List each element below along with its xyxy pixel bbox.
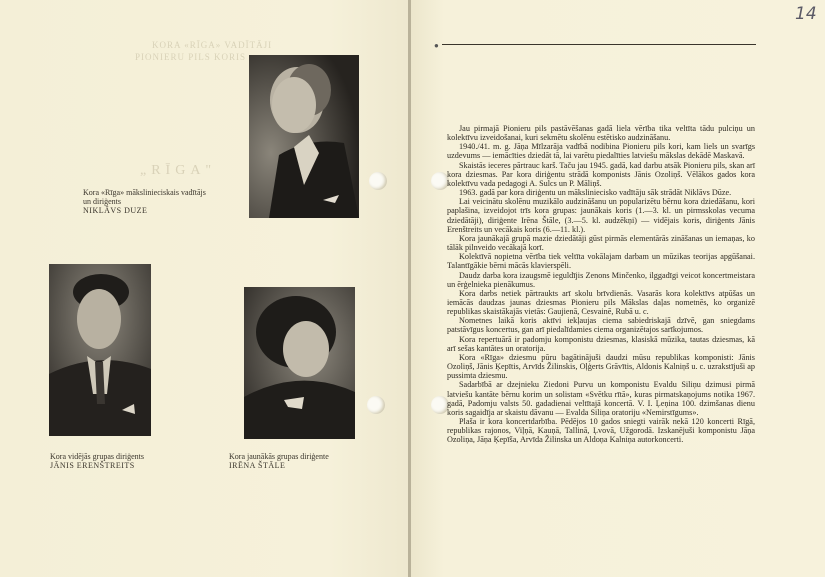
paragraph: Kora «Rīga» dziesmu pūru bagātinājuši da… xyxy=(447,353,755,380)
rule-ornament: ● xyxy=(434,41,439,50)
horizontal-rule xyxy=(442,44,756,45)
paragraph: Nometnes laikā koris aktīvi iekļaujas ci… xyxy=(447,316,755,334)
paragraph: 1940./41. m. g. Jāņa Mīlzarāja vadībā no… xyxy=(447,142,755,160)
binder-hole xyxy=(367,396,385,414)
paragraph: Lai veicinātu skolēnu muzikālo audzināša… xyxy=(447,197,755,234)
binder-hole xyxy=(369,172,387,190)
paragraph: Jau pirmajā Pionieru pils pastāvēšanas g… xyxy=(447,124,755,142)
paragraph: Kora darbs netiek pārtraukts arī skolu b… xyxy=(447,289,755,316)
caption-role: Kora «Rīga» mākslinieciskais vadītājs xyxy=(83,188,206,197)
page-number: 14 xyxy=(795,4,817,24)
portrait-image xyxy=(244,287,355,439)
paragraph: Kolektīvā nopietna vērība tiek veltīta v… xyxy=(447,252,755,270)
paragraph: Sadarbībā ar dzejnieku Ziedoni Purvu un … xyxy=(447,380,755,417)
caption-role: Kora vidējās grupas diriģents xyxy=(50,452,144,461)
bleed-through-text: PIONIERU PILS KORIS xyxy=(135,52,246,62)
left-page: KORA «RĪGA» VADĪTĀJI PIONIERU PILS KORIS… xyxy=(0,0,409,577)
portrait-caption-irena-stale: Kora jaunākās grupas diriģente IRĒNA ŠTĀ… xyxy=(229,452,329,470)
portrait-photo-irena-stale xyxy=(244,287,355,439)
caption-role: un diriģents xyxy=(83,197,206,206)
portrait-caption-janis-erenstreits: Kora vidējās grupas diriģents JĀNIS EREN… xyxy=(50,452,144,470)
portrait-caption-niklavs-duze: Kora «Rīga» mākslinieciskais vadītājs un… xyxy=(83,188,206,215)
caption-name: JĀNIS ERENŠTREITS xyxy=(50,461,144,470)
portrait-image xyxy=(49,264,151,436)
bleed-through-text: KORA «RĪGA» VADĪTĀJI xyxy=(152,40,272,50)
portrait-photo-niklavs-duze xyxy=(249,55,359,218)
caption-role: Kora jaunākās grupas diriģente xyxy=(229,452,329,461)
paragraph: 1963. gadā par kora diriģentu un mākslin… xyxy=(447,188,755,197)
paragraph: Kora jaunākajā grupā mazie dziedātāji gū… xyxy=(447,234,755,252)
portrait-image xyxy=(249,55,359,218)
bleed-through-title: „RĪGA" xyxy=(140,163,216,179)
paragraph: Plaša ir kora koncertdarbība. Pēdējos 10… xyxy=(447,417,755,444)
paragraph: Daudz darba kora izaugsmē ieguldījis Zen… xyxy=(447,271,755,289)
paragraph: Kora repertuārā ir padomju komponistu dz… xyxy=(447,335,755,353)
article-body: Jau pirmajā Pionieru pils pastāvēšanas g… xyxy=(447,124,755,444)
caption-name: NIKLĀVS DUZE xyxy=(83,206,206,215)
portrait-photo-janis-erenstreits xyxy=(49,264,151,436)
paragraph: Skaistās ieceres pārtrauc karš. Taču jau… xyxy=(447,161,755,188)
caption-name: IRĒNA ŠTĀLE xyxy=(229,461,329,470)
